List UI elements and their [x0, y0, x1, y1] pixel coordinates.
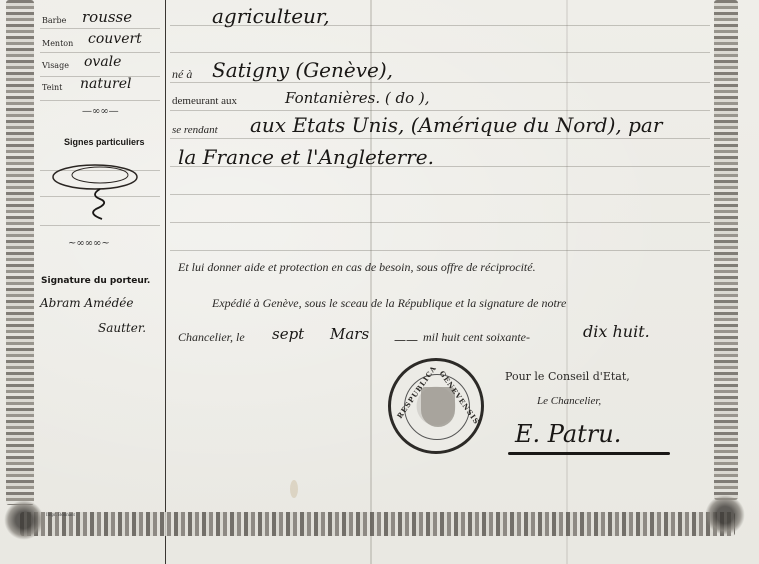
paper-stain — [290, 480, 298, 498]
destination-prefix: se rendant — [172, 124, 218, 136]
printer-imprint: Impr. Bonnant — [46, 513, 75, 518]
flourish-mark-icon — [40, 155, 150, 230]
issued-clause: Expédié à Genève, sous le sceau de la Ré… — [212, 296, 566, 311]
field-label: Visage — [42, 61, 69, 70]
ornamental-border-bottom — [20, 512, 735, 536]
ornamental-border-left — [6, 0, 34, 505]
distinguishing-marks-label: Signes particuliers — [64, 137, 145, 147]
republic-seal: RESPUBLICA GENEVENSIS — [388, 358, 484, 454]
date-year-suffix: dix huit. — [583, 322, 650, 341]
ornament-corner-icon — [705, 495, 745, 535]
birth-prefix: né à — [172, 67, 192, 82]
birth-place: Satigny (Genève), — [212, 58, 393, 82]
signature-underline — [508, 452, 670, 455]
field-label: Barbe — [42, 16, 66, 25]
date-prefix: Chancelier, le — [178, 330, 245, 345]
field-label: Menton — [42, 39, 73, 48]
residence-prefix: demeurant aux — [172, 95, 237, 107]
travel-route: la France et l'Angleterre. — [178, 145, 434, 169]
bearer-signature-line2: Sautter. — [98, 321, 146, 335]
field-value: rousse — [82, 8, 132, 26]
passport-document: Barbe rousse Menton couvert Visage ovale… — [0, 0, 759, 564]
ornament-corner-icon — [4, 500, 44, 540]
field-value: naturel — [80, 76, 131, 92]
date-year-prefix: mil huit cent soixante- — [423, 330, 530, 345]
field-value: couvert — [88, 31, 142, 47]
divider-ornament-icon: ~∞∞∞~ — [68, 238, 110, 249]
chancellor-signature: E. Patru. — [515, 420, 621, 448]
ornamental-border-right — [714, 0, 738, 500]
occupation: agriculteur, — [212, 4, 330, 28]
divider-ornament-icon: —∞∞— — [82, 106, 119, 117]
fold-crease — [566, 0, 568, 564]
field-label: Teint — [42, 83, 62, 92]
date-day: sept — [272, 325, 304, 343]
column-divider — [165, 0, 166, 564]
bearer-signature-label: Signature du porteur. — [41, 276, 150, 286]
field-value: ovale — [84, 54, 121, 70]
date-month: Mars — [330, 325, 369, 343]
council-line: Pour le Conseil d'Etat, — [505, 370, 630, 383]
fold-crease — [370, 0, 372, 564]
chancellor-title: Le Chancelier, — [537, 395, 601, 407]
residence-place: Fontanières. ( do ), — [285, 89, 430, 107]
bearer-signature-line1: Abram Amédée — [40, 296, 133, 310]
destination: aux Etats Unis, (Amérique du Nord), par — [250, 113, 662, 137]
protection-clause: Et lui donner aide et protection en cas … — [178, 260, 536, 275]
